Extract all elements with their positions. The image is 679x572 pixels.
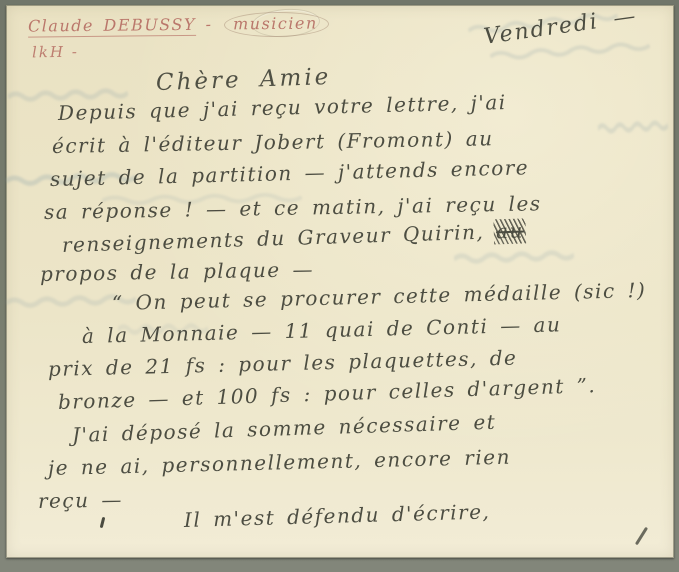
photo-mat-frame: Claude DEBUSSY - musicien lkH - Vendredi… xyxy=(0,0,679,572)
archivist-annotation: Claude DEBUSSY - musicien xyxy=(28,13,329,35)
letter-line-text: reçu — xyxy=(38,488,123,513)
letter-body: Depuis que j'ai reçu votre lettre, j'aié… xyxy=(6,97,674,537)
struck-out-word: au xyxy=(496,214,525,248)
letter-line-text: je ne ai, personnellement, encore rien xyxy=(48,445,512,480)
annotation-separator: - xyxy=(205,15,212,34)
annotation-role: musicien xyxy=(224,11,329,37)
letter-line-text: sujet de la partition — j'attends encore xyxy=(50,155,530,191)
letter-line-text: Il m'est défendu d'écrire, xyxy=(184,499,491,532)
letter-line-text: propos de la plaque — xyxy=(40,257,314,286)
archivist-submark: lkH - xyxy=(32,43,79,62)
annotation-name: Claude DEBUSSY xyxy=(28,15,196,38)
letter-paper: Claude DEBUSSY - musicien lkH - Vendredi… xyxy=(6,5,674,558)
letter-line-text: Depuis que j'ai reçu votre lettre, j'ai xyxy=(58,90,507,125)
